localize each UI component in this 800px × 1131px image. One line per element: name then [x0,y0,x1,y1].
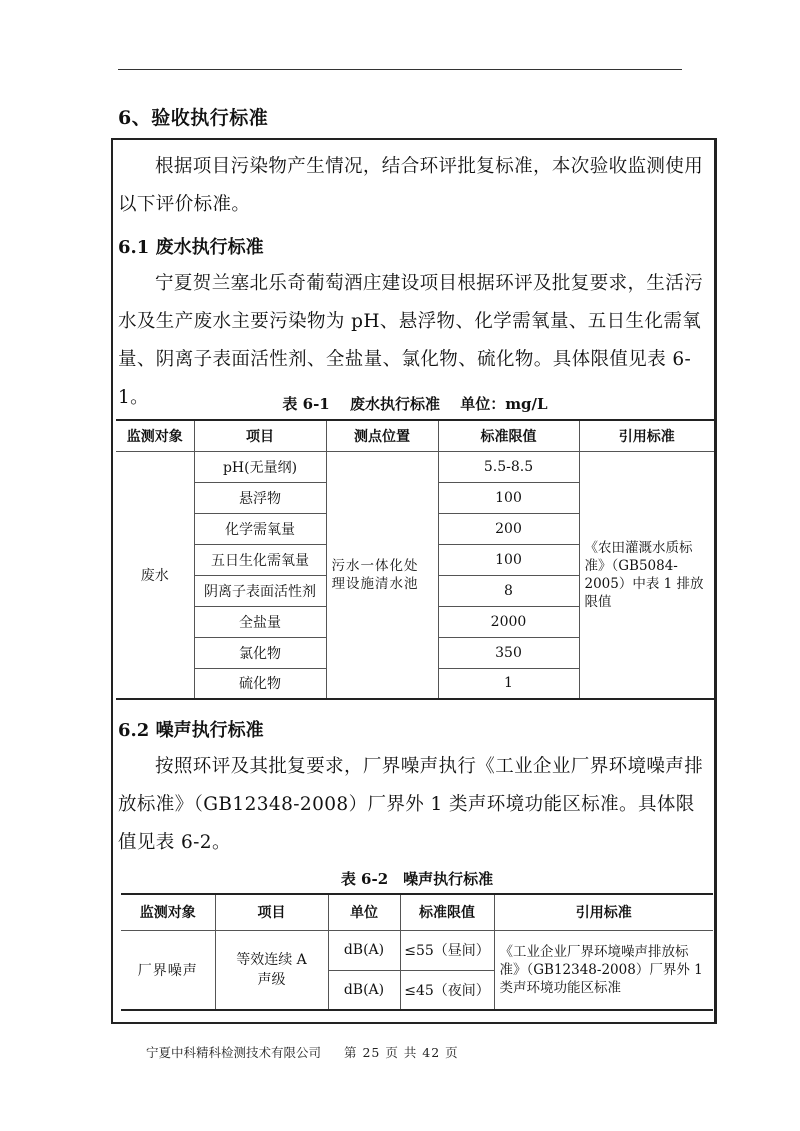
col-header: 标准限值 [400,894,494,930]
section-heading: 6、验收执行标准 [118,103,268,130]
col-header: 测点位置 [326,420,438,451]
col-header: 监测对象 [121,894,215,930]
item-cell: 五日生化需氧量 [194,544,326,575]
header-rule [118,69,682,70]
standard-cell: 《农田灌溉水质标准》（GB5084-2005）中表 1 排放限值 [579,451,714,699]
table-row: 厂界噪声 等效连续 A 声级 dB(A) ≤55（昼间） 《工业企业厂界环境噪声… [121,930,713,970]
section-6-2-title: 6.2 噪声执行标准 [118,716,264,742]
footer-page-number: 第 25 页 共 42 页 [344,1043,459,1061]
limit-cell: ≤55（昼间） [400,930,494,970]
noise-standards-table: 监测对象 项目 单位 标准限值 引用标准 厂界噪声 等效连续 A 声级 dB(A… [121,893,713,1011]
section-6-1-text: 宁夏贺兰塞北乐奇葡萄酒庄建设项目根据环评及批复要求，生活污水及生产废水主要污染物… [118,273,703,408]
limit-cell: 200 [438,513,579,544]
item-cell: 全盐量 [194,606,326,637]
intro-text: 根据项目污染物产生情况，结合环评批复标准，本次验收监测使用以下评价标准。 [118,156,703,215]
standard-cell: 《工业企业厂界环境噪声排放标准》（GB12348-2008）厂界外 1 类声环境… [494,930,713,1010]
footer-company: 宁夏中科精科检测技术有限公司 [146,1043,321,1061]
item-cell: 硫化物 [194,668,326,699]
limit-cell: 350 [438,637,579,668]
limit-cell: 100 [438,544,579,575]
item-cell: 悬浮物 [194,482,326,513]
item-cell: pH(无量纲) [194,451,326,482]
col-header: 引用标准 [579,420,714,451]
col-header: 引用标准 [494,894,713,930]
limit-cell: ≤45（夜间） [400,970,494,1010]
table-6-1-caption: 表 6-1 废水执行标准 单位：mg/L [116,393,714,414]
limit-cell: 2000 [438,606,579,637]
table-header-row: 监测对象 项目 单位 标准限值 引用标准 [121,894,713,930]
location-cell: 污水一体化处理设施清水池 [326,451,438,699]
wastewater-standards-table: 监测对象 项目 测点位置 标准限值 引用标准 废水 pH(无量纲) 污水一体化处… [116,419,714,700]
monitor-object-cell: 厂界噪声 [121,930,215,1010]
item-cell: 阴离子表面活性剂 [194,575,326,606]
col-header: 标准限值 [438,420,579,451]
limit-cell: 5.5-8.5 [438,451,579,482]
table-6-2-caption: 表 6-2 噪声执行标准 [121,868,713,889]
table-row: 废水 pH(无量纲) 污水一体化处理设施清水池 5.5-8.5 《农田灌溉水质标… [116,451,714,482]
item-cell: 等效连续 A 声级 [215,930,328,1010]
monitor-object-cell: 废水 [116,451,194,699]
col-header: 项目 [215,894,328,930]
col-header: 监测对象 [116,420,194,451]
table-header-row: 监测对象 项目 测点位置 标准限值 引用标准 [116,420,714,451]
section-6-2-text: 按照环评及其批复要求，厂界噪声执行《工业企业厂界环境噪声排放标准》（GB1234… [118,756,703,853]
item-cell: 氯化物 [194,637,326,668]
limit-cell: 8 [438,575,579,606]
unit-cell: dB(A) [328,930,400,970]
col-header: 单位 [328,894,400,930]
limit-cell: 1 [438,668,579,699]
intro-paragraph: 根据项目污染物产生情况，结合环评批复标准，本次验收监测使用以下评价标准。 [118,148,708,224]
unit-cell: dB(A) [328,970,400,1010]
item-cell: 化学需氧量 [194,513,326,544]
col-header: 项目 [194,420,326,451]
limit-cell: 100 [438,482,579,513]
section-6-1-title: 6.1 废水执行标准 [118,233,264,259]
section-6-2-paragraph: 按照环评及其批复要求，厂界噪声执行《工业企业厂界环境噪声排放标准》（GB1234… [118,748,708,862]
